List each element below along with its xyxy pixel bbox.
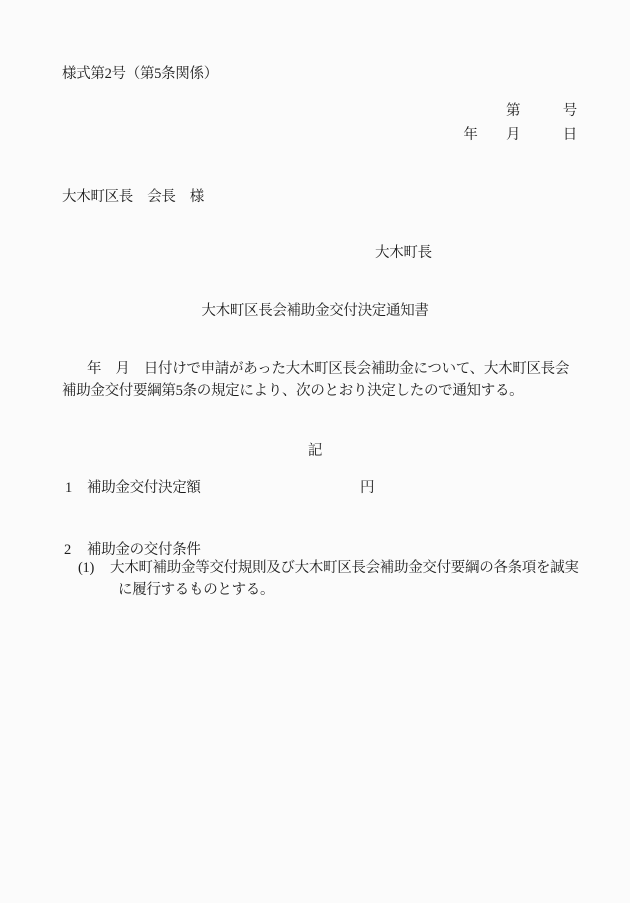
body-paragraph-line-1: 年 月 日付けで申請があった大木町区長会補助金について、大木町区長会 [87, 361, 569, 378]
item-2-number: 2 [64, 542, 71, 559]
document-title: 大木町区長会補助金交付決定通知書 [0, 303, 630, 320]
body-paragraph-line-2: 補助金交付要綱第5条の規定により、次のとおり決定したので通知する。 [62, 383, 523, 400]
date-line: 年 月 日 [463, 127, 577, 144]
item-1-label: 補助金交付決定額 [87, 480, 201, 497]
sender-name: 大木町長 [375, 245, 432, 262]
subitem-1-number: (1) [78, 560, 94, 577]
doc-number-line: 第 号 [506, 103, 577, 120]
item-1-number: 1 [65, 480, 72, 497]
document-page: 様式第2号（第5条関係） 第 号 年 月 日 大木町区長 会長 様 大木町長 大… [0, 0, 630, 903]
amount-unit: 円 [360, 480, 374, 497]
addressee-line: 大木町区長 会長 様 [62, 189, 204, 206]
item-2-label: 補助金の交付条件 [87, 542, 201, 559]
subitem-1-line-1: 大木町補助金等交付規則及び大木町区長会補助金交付要綱の各条項を誠実 [110, 560, 579, 577]
subitem-1-line-2: に履行するものとする。 [118, 582, 274, 599]
note-marker: 記 [0, 443, 630, 460]
form-label: 様式第2号（第5条関係） [62, 66, 218, 83]
